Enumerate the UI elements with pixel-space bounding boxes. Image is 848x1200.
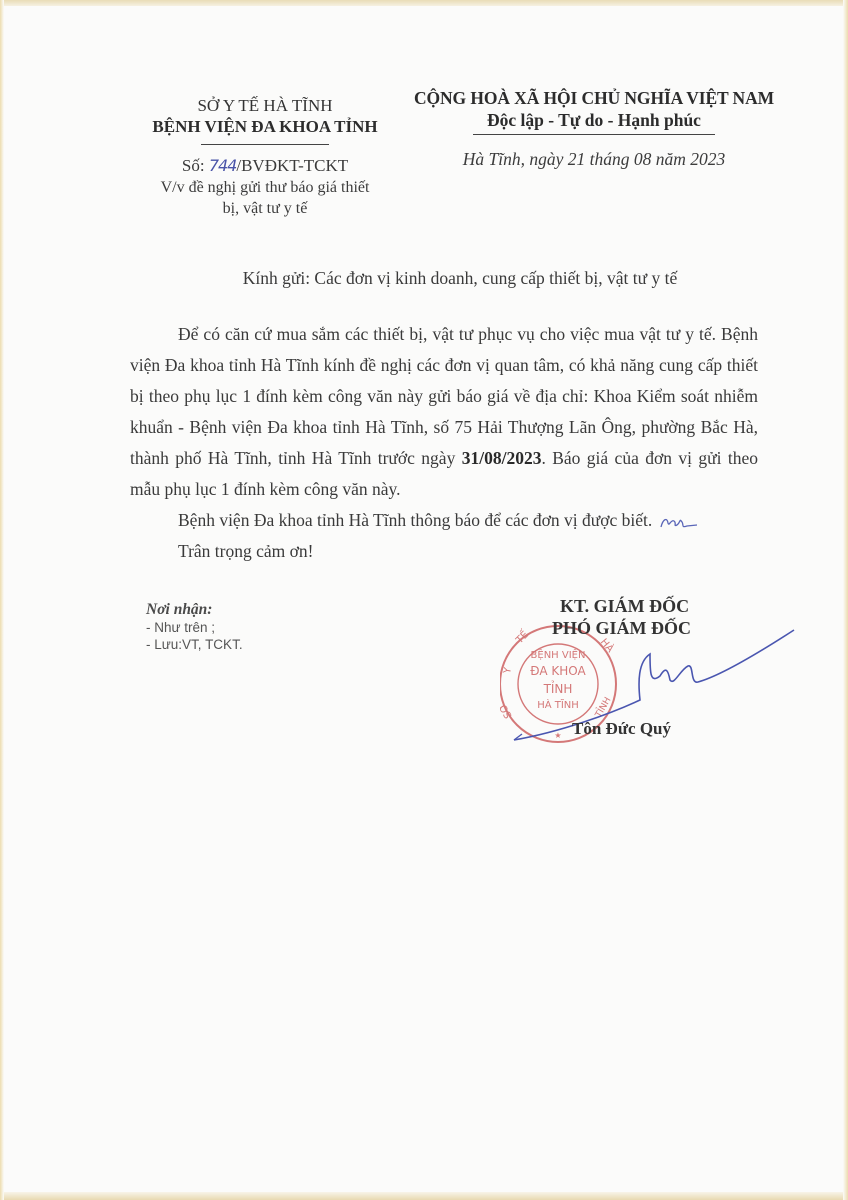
svg-text:Y: Y (502, 666, 514, 676)
svg-text:HÀ TĨNH: HÀ TĨNH (537, 698, 579, 711)
national-header: CỘNG HOÀ XÃ HỘI CHỦ NGHĨA VIỆT NAM Độc l… (398, 88, 790, 170)
paper-edge-top (0, 0, 848, 6)
recipients-block: Nơi nhận: - Như trên ; - Lưu:VT, TCKT. (146, 600, 243, 653)
agency-name: SỞ Y TẾ HÀ TĨNH (130, 96, 400, 116)
handwritten-number: 744 (209, 156, 237, 175)
header-underline (201, 144, 329, 145)
number-prefix: Số: (182, 156, 205, 175)
signer-name: Tôn Đức Quý (572, 719, 671, 739)
paper-edge-left (0, 0, 4, 1200)
issuer-header: SỞ Y TẾ HÀ TĨNH BỆNH VIỆN ĐA KHOA TỈNH S… (130, 96, 400, 219)
greeting: Kính gửi: Các đơn vị kinh doanh, cung cấ… (130, 268, 790, 289)
svg-text:★: ★ (554, 731, 561, 740)
motto-underline (473, 134, 715, 135)
signature-title-1: KT. GIÁM ĐỐC (560, 596, 689, 617)
recipient-item: - Lưu:VT, TCKT. (146, 636, 243, 653)
deadline-date: 31/08/2023 (462, 448, 542, 468)
national-motto: Độc lập - Tự do - Hạnh phúc (398, 109, 790, 131)
paragraph-1: Để có căn cứ mua sắm các thiết bị, vật t… (130, 319, 758, 505)
subject-line-2: bị, vật tư y tế (130, 198, 400, 219)
document-number: Số: 744/BVĐKT-TCKT (130, 155, 400, 177)
svg-text:TẾ: TẾ (512, 627, 532, 647)
recipients-title: Nơi nhận: (146, 600, 243, 619)
paper-edge-right (843, 0, 848, 1200)
place-date: Hà Tĩnh, ngày 21 tháng 08 năm 2023 (398, 148, 790, 170)
subject-line-1: V/v đề nghị gửi thư báo giá thiết (130, 177, 400, 198)
paper-edge-bottom (0, 1192, 848, 1200)
paragraph-2: Bệnh viện Đa khoa tỉnh Hà Tĩnh thông báo… (130, 505, 758, 536)
closing-line: Trân trọng cảm ơn! (130, 536, 758, 567)
svg-text:BỆNH VIỆN: BỆNH VIỆN (531, 648, 586, 661)
signature-block: BỆNH VIỆN ĐA KHOA TỈNH HÀ TĨNH Y TẾ HÀ S… (500, 592, 800, 762)
number-suffix: /BVĐKT-TCKT (236, 156, 348, 175)
signature-title-2: PHÓ GIÁM ĐỐC (552, 618, 691, 639)
organization-name: BỆNH VIỆN ĐA KHOA TỈNH (130, 116, 400, 138)
national-title: CỘNG HOÀ XÃ HỘI CHỦ NGHĨA VIỆT NAM (398, 88, 790, 109)
recipient-item: - Như trên ; (146, 619, 243, 636)
handwritten-initial-icon (657, 513, 697, 531)
letter-body: Để có căn cứ mua sắm các thiết bị, vật t… (130, 319, 758, 567)
svg-text:TỈNH: TỈNH (543, 680, 573, 696)
svg-text:ĐA KHOA: ĐA KHOA (530, 664, 586, 678)
